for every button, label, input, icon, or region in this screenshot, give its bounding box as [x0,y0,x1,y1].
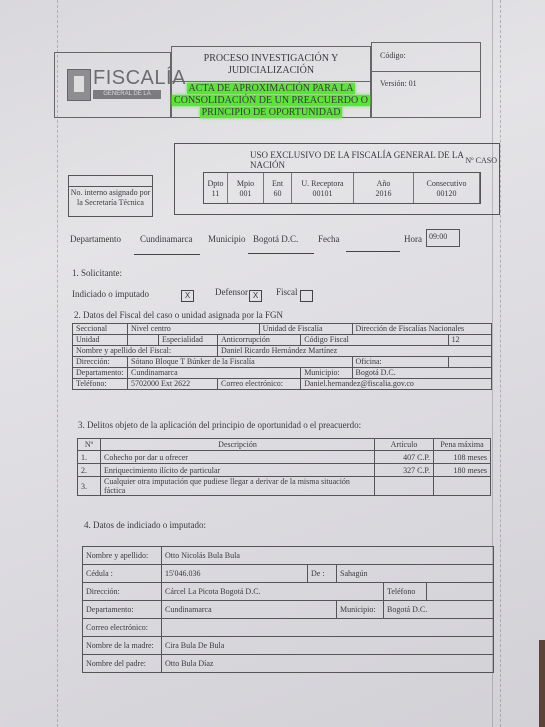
crime-row: 1.Cohecho por dar u ofrecer407 C.P.108 m… [78,451,491,464]
divider [372,71,480,72]
case-col-value: 2016 [376,189,392,198]
oficina-label: Oficina: [352,357,448,368]
case-col-label: Año [377,179,391,188]
solicitante-indiciado: Indiciado o imputado [72,289,149,299]
case-col-value: 001 [240,189,252,198]
section1-title: 1. Solicitante: [72,268,122,278]
underline [346,251,400,252]
page-edge-line [500,0,501,727]
codigo-fiscal-value: 12 [448,335,491,346]
codigo-fiscal-label: Código Fiscal [301,335,448,346]
direccion-label: Dirección: [83,583,162,601]
municipio-label: Municipio: [301,368,352,379]
municipio-label: Municipio: [337,601,384,619]
unidad-fiscalia-label: Unidad de Fiscalía [259,324,352,335]
codigo-label: Código: [380,51,406,60]
crime-row: 3.Cualquier otra imputación que pudiese … [78,477,491,496]
unidad-label: Unidad [73,335,128,346]
departamento-value: Cundinamarca [162,601,337,619]
underline [248,253,314,254]
direccion-value: Cárcel La Picota Bogotá D.C. [162,583,384,601]
crime-article [375,477,434,496]
departamento-value: Cundinamarca [140,234,192,244]
seccional-value: Nivel centro [128,324,260,335]
section2-title: 2. Datos del Fiscal del caso o unidad as… [74,310,283,320]
fgn-title: USO EXCLUSIVO DE LA FISCALÍA GENERAL DE … [250,150,499,170]
departamento-label: Departamento [70,234,121,244]
case-col-value: 00101 [313,189,333,198]
seccional-label: Seccional [73,324,128,335]
secretaria-label: No. interno asignado por la Secretaría T… [69,187,152,208]
padre-label: Nombre del padre: [83,655,162,673]
title-box: PROCESO INVESTIGACIÓN Y JUDICIALIZACIÓN … [171,46,371,118]
hora-label: Hora [404,234,422,244]
crime-number: 3. [78,477,101,496]
nombre-fiscal-label: Nombre y apellido del Fiscal: [73,346,218,357]
fecha-label: Fecha [318,234,340,244]
fiscal-checkbox[interactable] [297,287,313,305]
case-col-label: U. Receptora [301,179,343,188]
nombre-label: Nombre y apellido: [83,547,162,565]
telefono-value: 5702000 Ext 2622 [128,379,218,390]
crimes-table: Nº Descripción Artículo Pena máxima 1.Co… [77,438,491,496]
direccion-value: Sótano Bloque T Búnker de la Fiscalía [128,357,353,368]
version-field: Versión: 01 [380,79,417,88]
telefono-value [427,583,494,601]
caso-label: Nº CASO [465,156,497,165]
secretaria-box: No. interno asignado por la Secretaría T… [68,175,153,217]
case-col-u-receptora: U. Receptora00101 [292,173,354,203]
background-edge [539,640,545,727]
unidad-fiscalia-value: Dirección de Fiscalías Nacionales [352,324,491,335]
departamento-value: Cundinamarca [128,368,301,379]
telefono-label: Teléfono [384,583,427,601]
correo-label: Correo electrónico: [83,619,162,637]
departamento-label: Departamento: [73,368,128,379]
padre-value: Otto Bula Díaz [162,655,494,673]
direccion-label: Dirección: [73,357,128,368]
case-col-value: 00120 [437,189,457,198]
hora-value: 09:00 [426,229,460,247]
correo-value [162,619,494,637]
nombre-fiscal-value: Daniel Ricardo Hernández Martínez [218,346,492,357]
crime-article: 407 C.P. [375,451,434,464]
crime-description: Cualquier otra imputación que pudiese ll… [101,477,375,496]
case-col-año: Año2016 [354,173,414,203]
municipio-label: Municipio [208,234,246,244]
case-col-dpto: Dpto11 [204,173,228,203]
madre-value: Cira Bula De Bula [162,637,494,655]
fgn-exclusive-box: USO EXCLUSIVO DE LA FISCALÍA GENERAL DE … [174,143,500,215]
crime-description: Cohecho por dar u ofrecer [101,451,375,464]
case-col-mpio: Mpio001 [228,173,264,203]
crime-max-penalty: 108 meses [434,451,491,464]
col-header-articulo: Artículo [375,439,434,451]
logo-subtitle: GENERAL DE LA NACIÓN [93,90,161,99]
secretaria-value [69,176,152,187]
correo-value: Daniel.hernandez@fiscalia.gov.co [301,379,492,390]
especialidad-label: Especialidad [159,335,218,346]
case-number-grid: Dpto11Mpio001Ent60U. Receptora00101Año20… [203,172,481,204]
cedula-label: Cédula : [83,565,162,583]
departamento-label: Departamento: [83,601,162,619]
underline [134,254,200,255]
telefono-label: Teléfono: [73,379,128,390]
municipio-value: Bogotá D.C. [384,601,494,619]
section4-title: 4. Datos de indiciado o imputado: [84,520,206,530]
unidad-value [128,335,159,346]
case-col-ent: Ent60 [264,173,292,203]
imputado-table: Nombre y apellido: Otto Nicolás Bula Bul… [82,546,494,673]
col-header-pena: Pena máxima [434,439,491,451]
madre-label: Nombre de la madre: [83,637,162,655]
process-title: PROCESO INVESTIGACIÓN Y JUDICIALIZACIÓN [172,53,370,77]
nombre-value: Otto Nicolás Bula Bula [162,547,494,565]
case-col-label: Mpio [237,179,254,188]
document-page: FISCALÍA GENERAL DE LA NACIÓN PROCESO IN… [0,0,545,727]
defensor-checkbox[interactable]: X [246,287,262,305]
correo-label: Correo electrónico: [218,379,301,390]
crime-number: 1. [78,451,101,464]
case-col-label: Dpto [208,179,224,188]
municipio-value: Bogotá D.C. [352,368,491,379]
document-title: ACTA DE APROXIMACIÓN PARA LA CONSOLIDACI… [172,83,370,119]
solicitante-fiscal: Fiscal [276,287,298,297]
case-col-value: 11 [212,189,220,198]
section3-title: 3. Delitos objeto de la aplicación del p… [78,420,361,430]
cedula-value: 15'046.036 [162,565,308,583]
case-col-label: Consecutivo [427,179,467,188]
col-header-n: Nº [78,439,101,451]
crime-description: Enriquecimiento ilícito de particular [101,464,375,477]
crime-article: 327 C.P. [375,464,434,477]
solicitante-defensor: Defensor [215,287,248,297]
case-col-label: Ent [272,179,283,188]
indiciado-checkbox[interactable]: X [178,287,194,305]
crime-max-penalty [434,477,491,496]
crime-number: 2. [78,464,101,477]
case-col-value: 60 [274,189,282,198]
crime-max-penalty: 180 meses [434,464,491,477]
municipio-value: Bogotá D.C. [253,234,298,244]
logo: FISCALÍA GENERAL DE LA NACIÓN [54,52,171,118]
de-label: De : [308,565,337,583]
de-value: Sahagún [337,565,494,583]
especialidad-value: Anticorrupción [218,335,301,346]
divider [172,81,370,82]
case-col-consecutivo: Consecutivo00120 [414,173,480,203]
oficina-value [448,357,491,368]
col-header-descripcion: Descripción [101,439,375,451]
fiscal-data-table: Seccional Nivel centro Unidad de Fiscalí… [72,323,492,390]
fiscalia-emblem-icon [67,69,91,101]
meta-box: Código: Versión: 01 [371,42,481,118]
crime-row: 2.Enriquecimiento ilícito de particular3… [78,464,491,477]
